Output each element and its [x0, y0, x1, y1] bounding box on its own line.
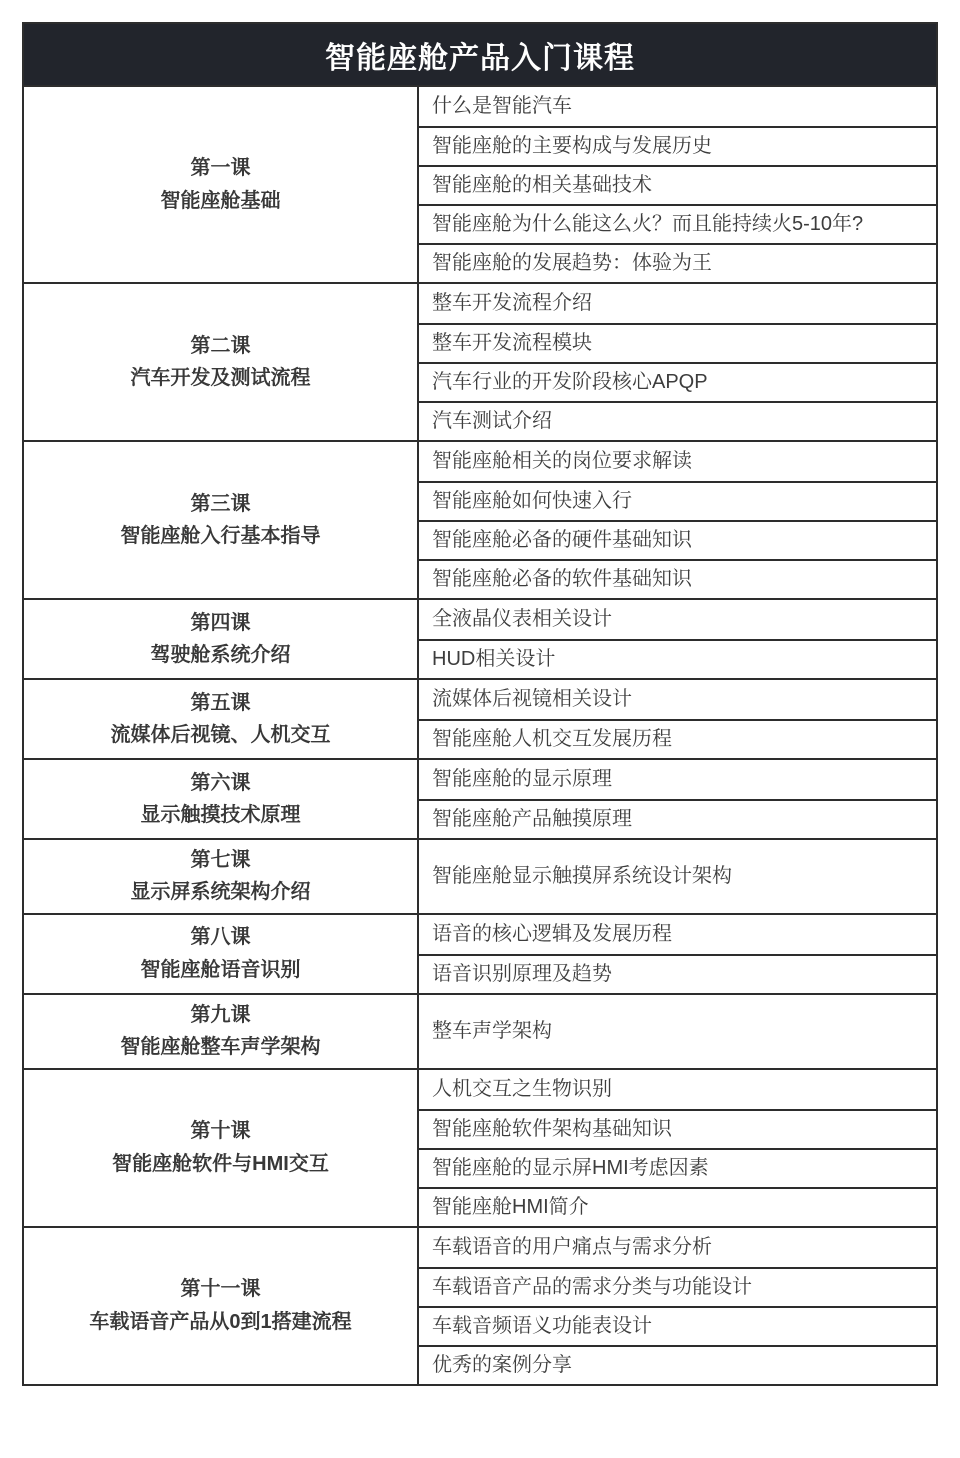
lesson-label: 第一课 智能座舱基础: [24, 87, 419, 282]
topic-text: 什么是智能汽车: [432, 94, 572, 119]
topic-cell: 智能座舱显示触摸屏系统设计架构: [419, 840, 936, 913]
topic-text: 汽车行业的开发阶段核心APQP: [432, 370, 708, 395]
lessons-container: 第一课 智能座舱基础 什么是智能汽车 智能座舱的主要构成与发展历史 智能座舱的相…: [24, 85, 936, 1384]
topic-cell: 语音识别原理及趋势: [419, 954, 936, 993]
topic-cell: HUD相关设计: [419, 639, 936, 678]
lesson-row: 第二课 汽车开发及测试流程 整车开发流程介绍 整车开发流程模块 汽车行业的开发阶…: [24, 282, 936, 440]
topic-text: 车载音频语义功能表设计: [432, 1314, 652, 1339]
lesson-row: 第十课 智能座舱软件与HMI交互 人机交互之生物识别 智能座舱软件架构基础知识 …: [24, 1068, 936, 1226]
lesson-number: 第九课: [191, 999, 251, 1031]
lesson-label: 第八课 智能座舱语音识别: [24, 915, 419, 993]
topic-text: 智能座舱HMI简介: [432, 1195, 589, 1220]
topic-text: 智能座舱产品触摸原理: [432, 807, 632, 832]
lesson-row: 第七课 显示屏系统架构介绍 智能座舱显示触摸屏系统设计架构: [24, 838, 936, 913]
lesson-name: 智能座舱软件与HMI交互: [112, 1148, 329, 1180]
lesson-number: 第六课: [191, 767, 251, 799]
lesson-label: 第十一课 车载语音产品从0到1搭建流程: [24, 1228, 419, 1384]
topic-text: 整车声学架构: [432, 1019, 552, 1044]
lesson-row: 第一课 智能座舱基础 什么是智能汽车 智能座舱的主要构成与发展历史 智能座舱的相…: [24, 85, 936, 282]
topic-text: 智能座舱如何快速入行: [432, 489, 632, 514]
course-table: 智能座舱产品入门课程 第一课 智能座舱基础 什么是智能汽车 智能座舱的主要构成与…: [22, 22, 938, 1386]
lesson-name: 智能座舱整车声学架构: [121, 1031, 321, 1063]
topic-cell: 智能座舱软件架构基础知识: [419, 1109, 936, 1148]
topic-cell: 人机交互之生物识别: [419, 1070, 936, 1109]
lesson-label: 第九课 智能座舱整车声学架构: [24, 995, 419, 1068]
topic-cell: 智能座舱相关的岗位要求解读: [419, 442, 936, 481]
topic-cell: 智能座舱产品触摸原理: [419, 799, 936, 838]
lesson-topics: 智能座舱显示触摸屏系统设计架构: [419, 840, 936, 913]
topic-cell: 智能座舱的显示屏HMI考虑因素: [419, 1148, 936, 1187]
lesson-number: 第五课: [191, 687, 251, 719]
topic-cell: 整车开发流程模块: [419, 323, 936, 362]
lesson-label: 第三课 智能座舱入行基本指导: [24, 442, 419, 598]
lesson-row: 第八课 智能座舱语音识别 语音的核心逻辑及发展历程 语音识别原理及趋势: [24, 913, 936, 993]
topic-text: 整车开发流程模块: [432, 331, 592, 356]
topic-text: 智能座舱的主要构成与发展历史: [432, 134, 712, 159]
topic-cell: 整车开发流程介绍: [419, 284, 936, 323]
topic-cell: 汽车测试介绍: [419, 401, 936, 440]
lesson-label: 第七课 显示屏系统架构介绍: [24, 840, 419, 913]
lesson-name: 显示屏系统架构介绍: [131, 876, 311, 908]
topic-cell: 智能座舱必备的软件基础知识: [419, 559, 936, 598]
lesson-name: 智能座舱入行基本指导: [121, 520, 321, 552]
lesson-topics: 全液晶仪表相关设计 HUD相关设计: [419, 600, 936, 678]
topic-text: 优秀的案例分享: [432, 1353, 572, 1378]
lesson-name: 显示触摸技术原理: [141, 799, 301, 831]
lesson-topics: 人机交互之生物识别 智能座舱软件架构基础知识 智能座舱的显示屏HMI考虑因素 智…: [419, 1070, 936, 1226]
topic-text: 智能座舱必备的软件基础知识: [432, 567, 692, 592]
lesson-number: 第十课: [191, 1115, 251, 1147]
lesson-name: 智能座舱基础: [161, 185, 281, 217]
lesson-label: 第五课 流媒体后视镜、人机交互: [24, 680, 419, 758]
table-title: 智能座舱产品入门课程: [24, 24, 936, 85]
topic-cell: 智能座舱的主要构成与发展历史: [419, 126, 936, 165]
topic-text: 智能座舱的发展趋势：体验为王: [432, 251, 712, 276]
topic-text: HUD相关设计: [432, 647, 555, 672]
topic-text: 智能座舱的显示屏HMI考虑因素: [432, 1156, 709, 1181]
topic-text: 全液晶仪表相关设计: [432, 607, 612, 632]
lesson-number: 第十一课: [181, 1273, 261, 1305]
lesson-name: 流媒体后视镜、人机交互: [111, 719, 331, 751]
lesson-label: 第六课 显示触摸技术原理: [24, 760, 419, 838]
topic-cell: 智能座舱如何快速入行: [419, 481, 936, 520]
topic-cell: 整车声学架构: [419, 995, 936, 1068]
lesson-label: 第四课 驾驶舱系统介绍: [24, 600, 419, 678]
lesson-topics: 语音的核心逻辑及发展历程 语音识别原理及趋势: [419, 915, 936, 993]
lesson-row: 第十一课 车载语音产品从0到1搭建流程 车载语音的用户痛点与需求分析 车载语音产…: [24, 1226, 936, 1384]
topic-cell: 全液晶仪表相关设计: [419, 600, 936, 639]
page: 智能座舱产品入门课程 第一课 智能座舱基础 什么是智能汽车 智能座舱的主要构成与…: [0, 0, 960, 1458]
topic-cell: 智能座舱的发展趋势：体验为王: [419, 243, 936, 282]
topic-text: 人机交互之生物识别: [432, 1077, 612, 1102]
topic-cell: 流媒体后视镜相关设计: [419, 680, 936, 719]
topic-text: 汽车测试介绍: [432, 409, 552, 434]
topic-text: 流媒体后视镜相关设计: [432, 687, 632, 712]
lesson-topics: 智能座舱的显示原理 智能座舱产品触摸原理: [419, 760, 936, 838]
topic-text: 智能座舱软件架构基础知识: [432, 1117, 672, 1142]
lesson-number: 第二课: [191, 330, 251, 362]
topic-cell: 车载语音产品的需求分类与功能设计: [419, 1267, 936, 1306]
lesson-row: 第五课 流媒体后视镜、人机交互 流媒体后视镜相关设计 智能座舱人机交互发展历程: [24, 678, 936, 758]
lesson-topics: 整车开发流程介绍 整车开发流程模块 汽车行业的开发阶段核心APQP 汽车测试介绍: [419, 284, 936, 440]
lesson-name: 车载语音产品从0到1搭建流程: [89, 1306, 351, 1338]
topic-text: 语音识别原理及趋势: [432, 962, 612, 987]
lesson-name: 驾驶舱系统介绍: [151, 639, 291, 671]
topic-text: 智能座舱显示触摸屏系统设计架构: [432, 864, 732, 889]
topic-cell: 智能座舱为什么能这么火？而且能持续火5-10年?: [419, 204, 936, 243]
topic-text: 车载语音产品的需求分类与功能设计: [432, 1275, 752, 1300]
topic-cell: 车载语音的用户痛点与需求分析: [419, 1228, 936, 1267]
topic-text: 语音的核心逻辑及发展历程: [432, 922, 672, 947]
topic-cell: 汽车行业的开发阶段核心APQP: [419, 362, 936, 401]
lesson-number: 第八课: [191, 921, 251, 953]
topic-text: 智能座舱的显示原理: [432, 767, 612, 792]
lesson-row: 第三课 智能座舱入行基本指导 智能座舱相关的岗位要求解读 智能座舱如何快速入行 …: [24, 440, 936, 598]
topic-text: 智能座舱相关的岗位要求解读: [432, 449, 692, 474]
lesson-name: 智能座舱语音识别: [141, 954, 301, 986]
lesson-number: 第七课: [191, 844, 251, 876]
topic-cell: 智能座舱的相关基础技术: [419, 165, 936, 204]
topic-text: 车载语音的用户痛点与需求分析: [432, 1235, 712, 1260]
lesson-label: 第十课 智能座舱软件与HMI交互: [24, 1070, 419, 1226]
topic-cell: 智能座舱人机交互发展历程: [419, 719, 936, 758]
lesson-row: 第四课 驾驶舱系统介绍 全液晶仪表相关设计 HUD相关设计: [24, 598, 936, 678]
topic-cell: 优秀的案例分享: [419, 1345, 936, 1384]
lesson-row: 第六课 显示触摸技术原理 智能座舱的显示原理 智能座舱产品触摸原理: [24, 758, 936, 838]
topic-cell: 智能座舱HMI简介: [419, 1187, 936, 1226]
topic-cell: 什么是智能汽车: [419, 87, 936, 126]
lesson-number: 第一课: [191, 152, 251, 184]
lesson-row: 第九课 智能座舱整车声学架构 整车声学架构: [24, 993, 936, 1068]
topic-text: 智能座舱必备的硬件基础知识: [432, 528, 692, 553]
topic-cell: 智能座舱必备的硬件基础知识: [419, 520, 936, 559]
topic-text: 智能座舱人机交互发展历程: [432, 727, 672, 752]
lesson-topics: 智能座舱相关的岗位要求解读 智能座舱如何快速入行 智能座舱必备的硬件基础知识 智…: [419, 442, 936, 598]
lesson-topics: 什么是智能汽车 智能座舱的主要构成与发展历史 智能座舱的相关基础技术 智能座舱为…: [419, 87, 936, 282]
topic-text: 智能座舱的相关基础技术: [432, 173, 652, 198]
lesson-label: 第二课 汽车开发及测试流程: [24, 284, 419, 440]
lesson-name: 汽车开发及测试流程: [131, 362, 311, 394]
topic-cell: 智能座舱的显示原理: [419, 760, 936, 799]
topic-cell: 语音的核心逻辑及发展历程: [419, 915, 936, 954]
lesson-topics: 车载语音的用户痛点与需求分析 车载语音产品的需求分类与功能设计 车载音频语义功能…: [419, 1228, 936, 1384]
lesson-topics: 流媒体后视镜相关设计 智能座舱人机交互发展历程: [419, 680, 936, 758]
lesson-topics: 整车声学架构: [419, 995, 936, 1068]
lesson-number: 第四课: [191, 607, 251, 639]
topic-text: 整车开发流程介绍: [432, 291, 592, 316]
topic-cell: 车载音频语义功能表设计: [419, 1306, 936, 1345]
lesson-number: 第三课: [191, 488, 251, 520]
topic-text: 智能座舱为什么能这么火？而且能持续火5-10年?: [432, 212, 863, 237]
